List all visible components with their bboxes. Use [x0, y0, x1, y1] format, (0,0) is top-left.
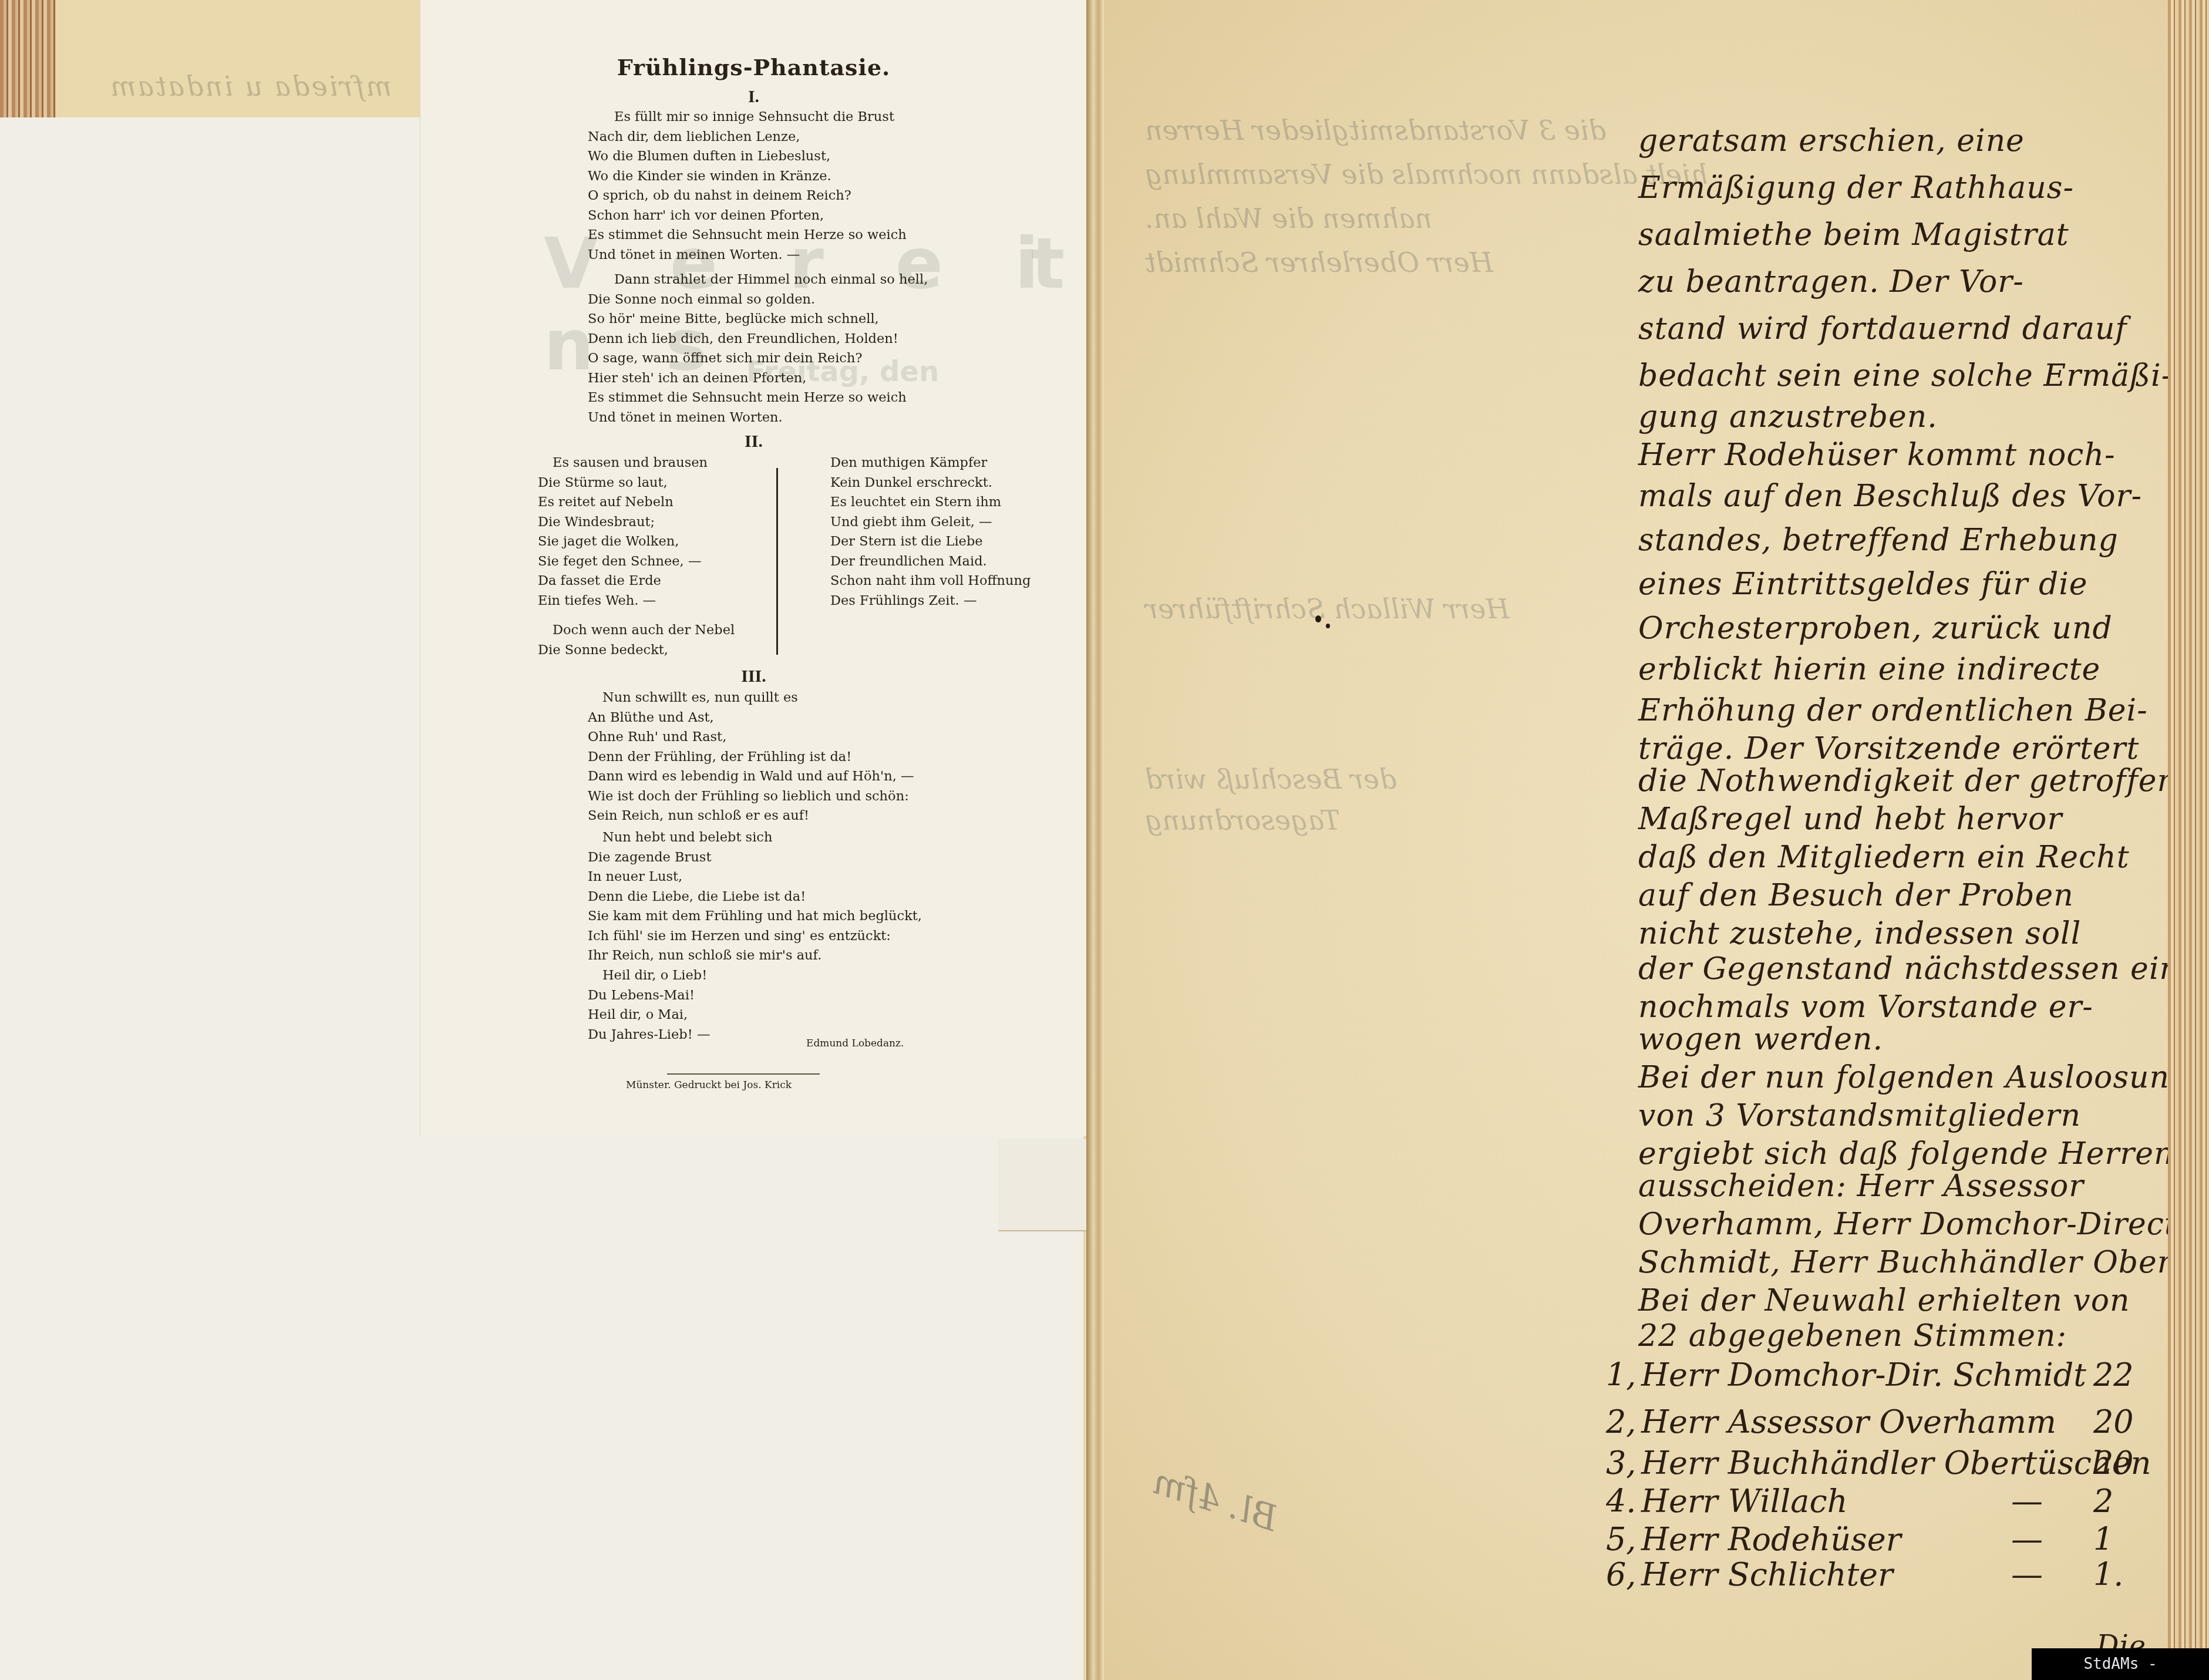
manuscript-line: ergiebt sich daß folgende Herren — [1638, 1136, 2174, 1171]
verse-line: Wie ist doch der Frühling so lieblich un… — [588, 787, 914, 807]
leader-dash: — — [2011, 1483, 2043, 1520]
verse-line: Sie feget den Schnee, — — [538, 552, 708, 572]
underlying-page-top-left: mfrieda u indatam — [56, 0, 429, 117]
manuscript-line: stand wird fortdauernd darauf — [1638, 311, 2127, 346]
manuscript-line: nochmals vom Vorstande er- — [1638, 989, 2093, 1025]
printer-imprint: Münster. Gedruckt bei Jos. Krick — [626, 1079, 792, 1091]
verse-line: Heil dir, o Lieb! — [588, 966, 710, 986]
book-gutter — [1086, 0, 1104, 1680]
verse-line: Wo die Kinder sie winden in Kränze. — [588, 167, 907, 187]
verse-line: Nun schwillt es, nun quillt es — [588, 688, 914, 708]
verse-line: In neuer Lust, — [588, 867, 922, 887]
stanza-II-right: Den muthigen Kämpfer Kein Dunkel erschre… — [830, 453, 1031, 611]
manuscript-line: träge. Der Vorsitzende erörtert — [1638, 731, 2139, 766]
section-numeral-II: II. — [420, 432, 1087, 452]
pencil-note: Bl. 4fm — [1148, 1461, 1283, 1540]
candidate-name: Herr Assessor Overhamm — [1641, 1403, 2056, 1440]
verse-line: Und tönet in meinen Worten. — [588, 408, 928, 428]
candidate-name: Herr Rodehüser — [1641, 1521, 1901, 1558]
manuscript-line: standes, betreffend Erhebung — [1638, 523, 2119, 558]
stanza-I-2: Dann strahlet der Himmel noch einmal so … — [588, 270, 928, 427]
vote-count: 2 — [2093, 1483, 2113, 1520]
manuscript-line: saalmiethe beim Magistrat — [1638, 217, 2069, 252]
verse-line: Die zagende Brust — [588, 848, 922, 868]
manuscript-line: wogen werden. — [1638, 1022, 1883, 1057]
verse-line: Nach dir, dem lieblichen Lenze, — [588, 127, 907, 147]
verse-line: Denn der Frühling, der Frühling ist da! — [588, 748, 914, 767]
candidate-name: Herr Buchhändler Obertüschen — [1641, 1445, 2151, 1482]
pasted-sheet-corner — [998, 1139, 1087, 1231]
verse-line: Ich fühl' sie im Herzen und sing' es ent… — [588, 927, 922, 947]
manuscript-line: Ermäßigung der Rathhaus- — [1638, 170, 2074, 206]
verse-line: O sage, wann öffnet sich mir dein Reich? — [588, 349, 928, 369]
verse-line: Denn die Liebe, die Liebe ist da! — [588, 887, 922, 907]
show-through-line: die 3 Vorstandsmitglieder Herren — [1145, 115, 1606, 146]
section-numeral-I: I. — [420, 87, 1087, 107]
manuscript-line: die Nothwendigkeit der getroffenen — [1638, 763, 2209, 799]
verse-line: Sein Reich, nun schloß er es auf! — [588, 806, 914, 826]
verse-line: Doch wenn auch der Nebel — [538, 621, 735, 641]
bleed-through-heading-end: t — [1031, 223, 1065, 305]
manuscript-line: geratsam erschien, eine — [1638, 123, 2025, 159]
manuscript-line: Schmidt, Herr Buchhändler Obertüschen — [1638, 1245, 2209, 1280]
verse-line: Kein Dunkel erschreckt. — [830, 473, 1031, 493]
manuscript-line: Herr Rodehüser kommt noch- — [1638, 437, 2116, 473]
verse-line: Sie jaget die Wolken, — [538, 532, 708, 552]
verse-line: Der Stern ist die Liebe — [830, 532, 1031, 552]
vote-rank: 6, — [1606, 1556, 1636, 1593]
manuscript-line: daß den Mitgliedern ein Recht — [1638, 840, 2130, 875]
manuscript-line: Overhamm, Herr Domchor-Director — [1638, 1207, 2209, 1242]
verse-line: Es füllt mir so innige Sehnsucht die Bru… — [588, 107, 907, 127]
stanza-III-3: Heil dir, o Lieb! Du Lebens-Mai! Heil di… — [588, 966, 710, 1045]
verse-line: Ihr Reich, nun schloß sie mir's auf. — [588, 946, 922, 966]
manuscript-line: Orchesterproben, zurück und — [1638, 611, 2113, 646]
manuscript-line: eines Eintrittsgeldes für die — [1638, 567, 2088, 602]
manuscript-line: bedacht sein eine solche Ermäßi- — [1638, 358, 2172, 393]
verse-line: Sie kam mit dem Frühling und hat mich be… — [588, 907, 922, 927]
verse-line: Schon naht ihm voll Hoffnung — [830, 571, 1031, 591]
verse-line: Des Frühlings Zeit. — — [830, 591, 1031, 611]
manuscript-line: gung anzustreben. — [1638, 399, 1938, 435]
verse-line: Wo die Blumen duften in Liebeslust, — [588, 147, 907, 167]
vote-rank: 3, — [1606, 1445, 1636, 1482]
verse-line: Heil dir, o Mai, — [588, 1005, 710, 1025]
leader-dash: — — [2011, 1521, 2043, 1558]
ink-spot — [1315, 615, 1321, 622]
manuscript-line: von 3 Vorstandsmitgliedern — [1638, 1098, 2081, 1133]
verse-line: Dann wird es lebendig in Wald und auf Hö… — [588, 767, 914, 787]
show-through-line: der Beschluß wird — [1145, 763, 1397, 795]
manuscript-line: mals auf den Beschluß des Vor- — [1638, 479, 2142, 514]
column-divider — [776, 468, 778, 655]
verse-line: Es stimmet die Sehnsucht mein Herze so w… — [588, 388, 928, 408]
manuscript-line: nicht zustehe, indessen soll — [1638, 916, 2081, 951]
vote-rank: 1, — [1606, 1356, 1636, 1393]
show-through-line: nahmen die Wahl an. — [1145, 203, 1432, 234]
verse-line: Es reitet auf Nebeln — [538, 493, 708, 513]
show-through-line: Herr Willach Schriftführer — [1145, 593, 1510, 625]
stanza-III-2: Nun hebt und belebt sich Die zagende Bru… — [588, 828, 922, 966]
vote-rank: 4. — [1606, 1483, 1636, 1520]
verse-line: Es stimmet die Sehnsucht mein Herze so w… — [588, 225, 907, 245]
verse-line: So hör' meine Bitte, beglücke mich schne… — [588, 309, 928, 329]
vote-count: 1 — [2093, 1521, 2113, 1558]
show-through-line: Tagesordnung — [1145, 804, 1340, 836]
vote-result-row: 4. Herr Willach — 2 — [1606, 1483, 2134, 1524]
manuscript-line: der Gegenstand nächstdessen einiger — [1638, 951, 2209, 987]
verse-line: An Blüthe und Ast, — [588, 708, 914, 728]
verse-line: Da fasset die Erde — [538, 571, 708, 591]
verse-line: Dann strahlet der Himmel noch einmal so … — [588, 270, 928, 290]
vote-count: 22 — [2093, 1356, 2134, 1393]
verse-line: Und tönet in meinen Worten. — — [588, 245, 907, 265]
show-through-text: mfrieda u indatam — [109, 70, 392, 102]
book-edge-right — [2168, 0, 2209, 1680]
manuscript-line: 22 abgegebenen Stimmen: — [1638, 1318, 2067, 1354]
book-edge-left — [0, 0, 56, 117]
vote-count: 1. — [2093, 1556, 2124, 1593]
verse-line: Nun hebt und belebt sich — [588, 828, 922, 848]
printer-rule — [667, 1073, 820, 1075]
manuscript-line: erblickt hierin eine indirecte — [1638, 652, 2100, 687]
section-numeral-III: III. — [420, 666, 1087, 686]
verse-line: O sprich, ob du nahst in deinem Reich? — [588, 186, 907, 206]
stanza-III-1: Nun schwillt es, nun quillt es An Blüthe… — [588, 688, 914, 826]
archive-reference-label: StdAMs - MV_002a_347 — [2032, 1648, 2209, 1680]
vote-result-row: 6, Herr Schlichter — 1. — [1606, 1556, 2134, 1597]
manuscript-line: Bei der Neuwahl erhielten von — [1638, 1283, 2130, 1318]
verse-line: Du Jahres-Lieb! — — [588, 1025, 710, 1045]
verse-line: Den muthigen Kämpfer — [830, 453, 1031, 473]
verse-line: Der freundlichen Maid. — [830, 552, 1031, 572]
stanza-I-1: Es füllt mir so innige Sehnsucht die Bru… — [588, 107, 907, 265]
ink-spot — [1326, 624, 1330, 628]
vote-count: 20 — [2093, 1403, 2134, 1440]
verse-line: Denn ich lieb dich, den Freundlichen, Ho… — [588, 329, 928, 349]
printed-poem-sheet: V e r e i n s t Freitag, den Frühlings-P… — [420, 0, 1087, 1136]
manuscript-line: Erhöhung der ordentlichen Bei- — [1638, 693, 2148, 728]
verse-line: Du Lebens-Mai! — [588, 986, 710, 1006]
verse-line: Schon harr' ich vor deinen Pforten, — [588, 206, 907, 226]
verse-line: Es sausen und brausen — [538, 453, 708, 473]
poem-title: Frühlings-Phantasie. — [420, 54, 1087, 80]
candidate-name: Herr Domchor-Dir. Schmidt — [1641, 1356, 2086, 1393]
vote-result-row: 3, Herr Buchhändler Obertüschen 20 — [1606, 1445, 2134, 1486]
stanza-II-left-1: Es sausen und brausen Die Stürme so laut… — [538, 453, 708, 611]
vote-count: 20 — [2093, 1445, 2134, 1482]
verse-line: Die Sonne noch einmal so golden. — [588, 290, 928, 310]
manuscript-line: zu beantragen. Der Vor- — [1638, 264, 2024, 299]
manuscript-line: Bei der nun folgenden Ausloosung — [1638, 1060, 2190, 1095]
verse-line: Hier steh' ich an deinen Pforten, — [588, 369, 928, 389]
manuscript-line: ausscheiden: Herr Assessor — [1638, 1169, 2084, 1204]
manuscript-line: auf den Besuch der Proben — [1638, 878, 2074, 913]
vote-result-row: 2, Herr Assessor Overhamm 20 — [1606, 1403, 2134, 1445]
candidate-name: Herr Schlichter — [1641, 1556, 1893, 1593]
verse-line: Ohne Ruh' und Rast, — [588, 728, 914, 748]
poem-author: Edmund Lobedanz. — [806, 1038, 904, 1049]
vote-rank: 2, — [1606, 1403, 1636, 1440]
manuscript-line: Maßregel und hebt hervor — [1638, 802, 2062, 837]
verse-line: Die Sonne bedeckt, — [538, 641, 735, 661]
candidate-name: Herr Willach — [1641, 1483, 1847, 1520]
show-through-line: hielt alsdann nochmals die Versammlung — [1145, 159, 1708, 190]
stanza-II-left-2: Doch wenn auch der Nebel Die Sonne bedec… — [538, 621, 735, 660]
verse-line: Ein tiefes Weh. — — [538, 591, 708, 611]
verse-line: Die Windesbraut; — [538, 513, 708, 533]
show-through-line: Herr Oberlehrer Schmidt — [1145, 247, 1493, 278]
verse-line: Die Stürme so laut, — [538, 473, 708, 493]
vote-result-row: 1, Herr Domchor-Dir. Schmidt 22 — [1606, 1356, 2134, 1398]
verse-line: Und giebt ihm Geleit, — — [830, 513, 1031, 533]
verse-line: Es leuchtet ein Stern ihm — [830, 493, 1031, 513]
leader-dash: — — [2011, 1556, 2043, 1593]
vote-rank: 5, — [1606, 1521, 1636, 1558]
